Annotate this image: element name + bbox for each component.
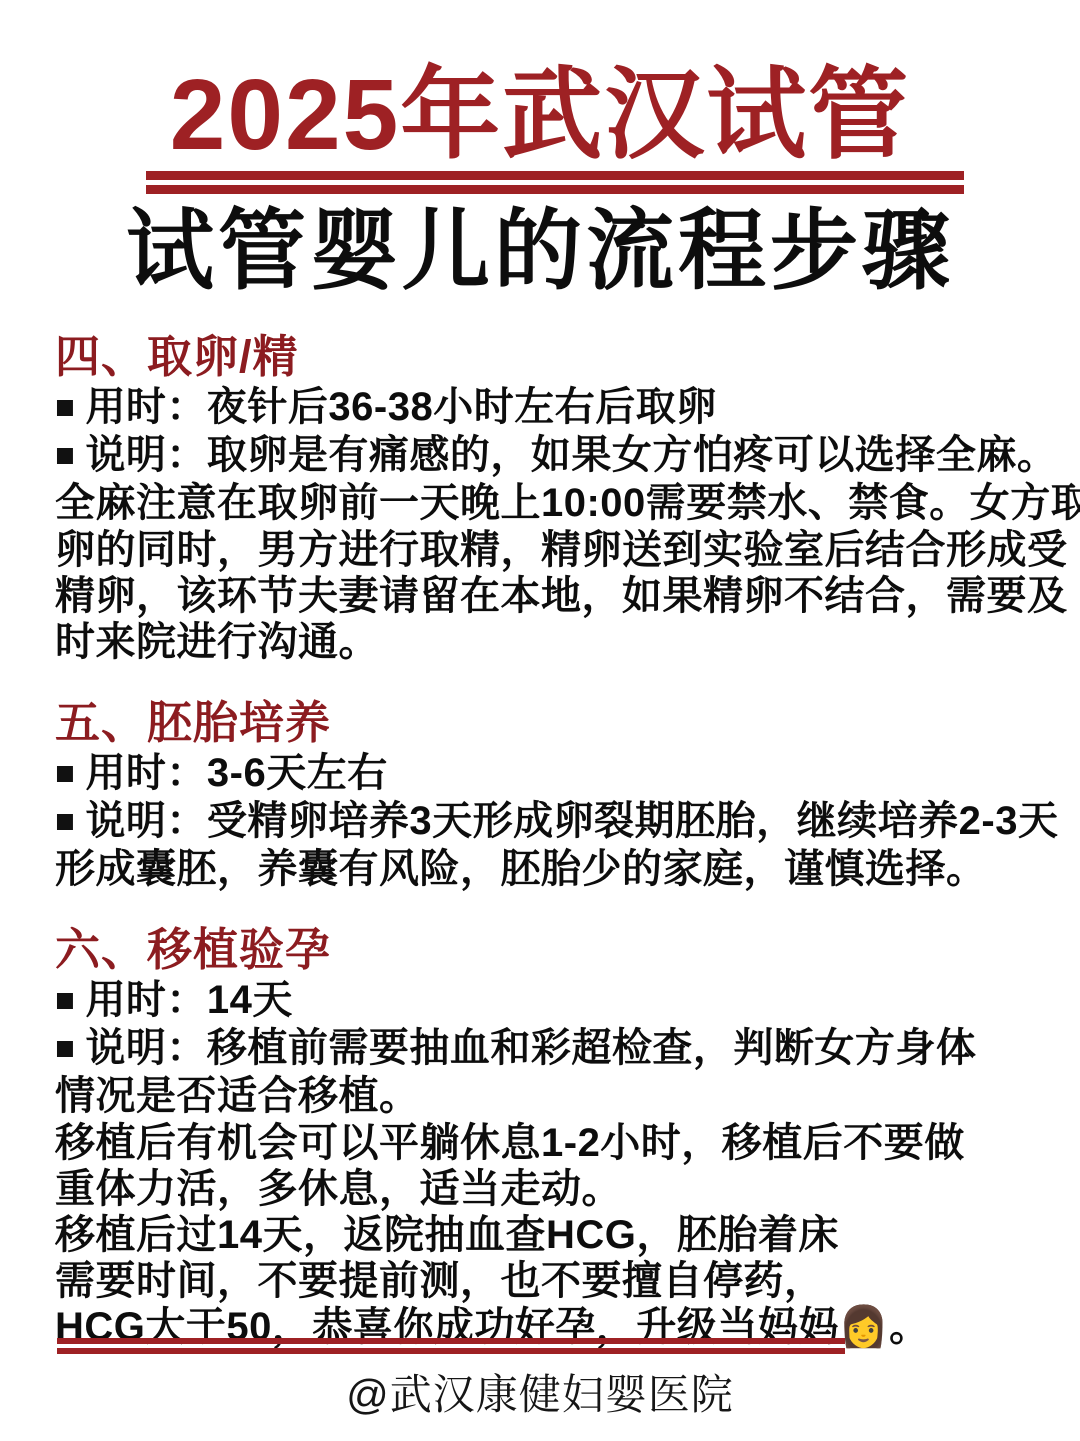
- section-egg-sperm-retrieval: 四、取卵/精 ■用时：夜针后36-38小时左右后取卵 ■说明：取卵是有痛感的，如…: [55, 330, 1067, 665]
- body-line-text: 用时：夜针后36-38小时左右后取卵: [85, 385, 716, 429]
- body-line: 移植后过14天，返院抽血查HCG，胚胎着床: [55, 1212, 1067, 1258]
- divider-bar: [146, 171, 964, 180]
- body-line-text: 移植后过14天，返院抽血查HCG，胚胎着床: [55, 1213, 839, 1257]
- bullet-square-icon: ■: [55, 384, 75, 430]
- page-subtitle: 试管婴儿的流程步骤: [0, 203, 1080, 299]
- body-line-text: 用时：14天: [85, 978, 293, 1022]
- footer-credit: @武汉康健妇婴医院: [0, 1372, 1080, 1418]
- body-line-text: 说明：取卵是有痛感的，如果女方怕疼可以选择全麻。: [85, 433, 1057, 477]
- body-line-text: 用时：3-6天左右: [85, 751, 387, 795]
- body-line: 精卵，该环节夫妻请留在本地，如果精卵不结合，需要及: [55, 573, 1067, 619]
- body-line: ■用时：夜针后36-38小时左右后取卵: [55, 384, 1067, 432]
- body-line-text: 说明：受精卵培养3天形成卵裂期胚胎，继续培养2-3天: [85, 799, 1058, 843]
- ivf-process-poster: 2025年武汉试管 试管婴儿的流程步骤 四、取卵/精 ■用时：夜针后36-38小…: [0, 0, 1080, 1441]
- body-line: ■说明：取卵是有痛感的，如果女方怕疼可以选择全麻。: [55, 432, 1067, 480]
- body-line-text: 全麻注意在取卵前一天晚上10:00需要禁水、禁食。女方取: [55, 481, 1080, 525]
- body-line: 情况是否适合移植。: [55, 1073, 1067, 1119]
- divider-bar: [146, 185, 964, 194]
- body-line: 全麻注意在取卵前一天晚上10:00需要禁水、禁食。女方取: [55, 480, 1067, 526]
- body-line: 形成囊胚，养囊有风险，胚胎少的家庭，谨慎选择。: [55, 846, 1067, 892]
- divider-bar: [57, 1348, 845, 1354]
- body-line: 卵的同时，男方进行取精，精卵送到实验室后结合形成受: [55, 527, 1067, 573]
- section-heading: 四、取卵/精: [55, 330, 1067, 384]
- body-line: ■说明：受精卵培养3天形成卵裂期胚胎，继续培养2-3天: [55, 798, 1067, 846]
- body-line-text: 时来院进行沟通。: [55, 620, 379, 664]
- bullet-square-icon: ■: [55, 750, 75, 796]
- footer-divider: [57, 1338, 845, 1354]
- body-line-text: 情况是否适合移植。: [55, 1074, 420, 1118]
- section-transfer-pregnancy-test: 六、移植验孕 ■用时：14天 ■说明：移植前需要抽血和彩超检查，判断女方身体 情…: [55, 923, 1067, 1351]
- section-heading: 五、胚胎培养: [55, 696, 1067, 750]
- body-line-text: 需要时间，不要提前测，也不要擅自停药，: [55, 1259, 825, 1303]
- body-line-text: 卵的同时，男方进行取精，精卵送到实验室后结合形成受: [55, 528, 1068, 572]
- page-title: 2025年武汉试管: [0, 62, 1080, 168]
- body-line: ■用时：14天: [55, 977, 1067, 1025]
- section-embryo-culture: 五、胚胎培养 ■用时：3-6天左右 ■说明：受精卵培养3天形成卵裂期胚胎，继续培…: [55, 696, 1067, 893]
- body-line: ■用时：3-6天左右: [55, 750, 1067, 798]
- title-divider: [146, 171, 964, 194]
- divider-bar: [57, 1338, 845, 1344]
- bullet-square-icon: ■: [55, 432, 75, 478]
- body-line-text: 精卵，该环节夫妻请留在本地，如果精卵不结合，需要及: [55, 574, 1068, 618]
- body-line: 需要时间，不要提前测，也不要擅自停药，: [55, 1258, 1067, 1304]
- body-line-text: 重体力活，多休息，适当走动。: [55, 1167, 622, 1211]
- body-line: 移植后有机会可以平躺休息1-2小时，移植后不要做: [55, 1120, 1067, 1166]
- body-line: 重体力活，多休息，适当走动。: [55, 1166, 1067, 1212]
- body-line-text: 形成囊胚，养囊有风险，胚胎少的家庭，谨慎选择。: [55, 847, 987, 891]
- bullet-square-icon: ■: [55, 977, 75, 1023]
- body-line: 时来院进行沟通。: [55, 619, 1067, 665]
- body-line: ■说明：移植前需要抽血和彩超检查，判断女方身体: [55, 1025, 1067, 1073]
- bullet-square-icon: ■: [55, 1025, 75, 1071]
- body-line-text: 说明：移植前需要抽血和彩超检查，判断女方身体: [85, 1026, 976, 1070]
- section-heading: 六、移植验孕: [55, 923, 1067, 977]
- body-line-text: 移植后有机会可以平躺休息1-2小时，移植后不要做: [55, 1121, 965, 1165]
- bullet-square-icon: ■: [55, 798, 75, 844]
